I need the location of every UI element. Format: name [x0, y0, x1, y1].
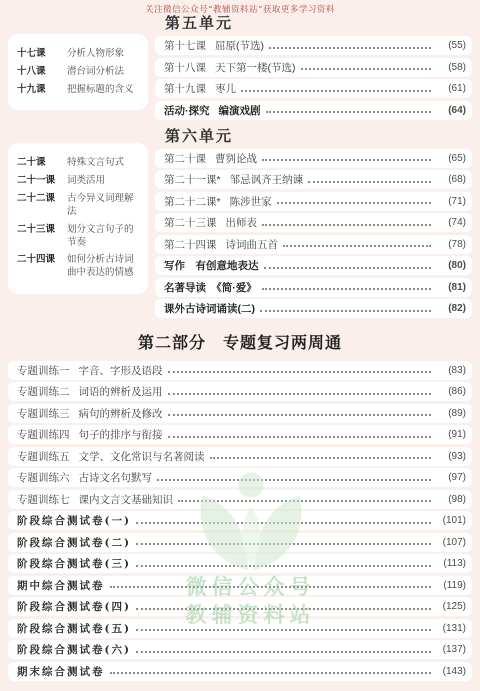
entry-page: (68): [436, 174, 466, 185]
toc-page: 十七课 分析人物形象 十八课 潜台词分析法 十九课 把握标题的含义 二十课 特殊…: [8, 13, 472, 683]
entry-label: 期末综合测试卷: [17, 664, 105, 679]
method-lesson-desc: 如何分析古诗词曲中表达的情感: [67, 254, 141, 280]
entry-title: 出师表: [226, 215, 258, 230]
entry-label: 课外古诗词诵读(二): [164, 301, 255, 316]
dot-leader: [110, 586, 432, 588]
entry-page: (82): [436, 303, 466, 314]
entry-number: 第十七课: [164, 38, 206, 53]
entry-number: 第二十课: [164, 151, 206, 166]
entry-number: 专题训练七: [17, 492, 70, 507]
toc-entry: 第十九课 枣儿 (61): [155, 79, 472, 98]
entry-label: 阶段综合测试卷(四): [17, 599, 131, 614]
toc-entry: 专题训练六 古诗文名句默写 (97): [8, 468, 472, 487]
toc-entry: 专题训练三 病句的辨析及修改 (89): [8, 404, 472, 423]
entry-title: 词语的辨析及运用: [79, 384, 163, 399]
dot-leader: [262, 288, 431, 290]
entry-title: 课内文言文基础知识: [79, 492, 174, 507]
toc-entry: 名著导读 《简·爱》 (81): [155, 278, 472, 297]
unit5-heading: 第五单元: [165, 14, 472, 32]
toc-entry: 专题训练四 句子的排序与衔接 (91): [8, 425, 472, 444]
dot-leader: [210, 457, 432, 459]
dot-leader: [283, 245, 431, 247]
entry-title: 陈涉世家: [230, 194, 272, 209]
toc-entry: 第二十课 曹刿论战 (65): [155, 149, 472, 168]
dot-leader: [266, 111, 432, 113]
entry-page: (64): [436, 105, 466, 116]
entry-page: (119): [436, 580, 466, 591]
entry-page: (131): [436, 623, 466, 634]
entry-title: 编演戏剧: [219, 103, 261, 118]
dot-leader: [168, 393, 432, 395]
method-lesson-number: 二十三课: [17, 224, 67, 250]
entry-page: (89): [436, 408, 466, 419]
toc-entry: 第二十二课* 陈涉世家 (71): [155, 192, 472, 211]
dot-leader: [262, 159, 431, 161]
unit6-heading: 第六单元: [165, 127, 472, 145]
dot-leader: [241, 90, 431, 92]
method-item: 二十课 特殊文言句式: [17, 157, 141, 170]
entry-page: (74): [436, 217, 466, 228]
entry-page: (137): [436, 644, 466, 655]
dot-leader: [136, 608, 431, 610]
dot-leader: [260, 310, 431, 312]
entry-label: 期中综合测试卷: [17, 578, 105, 593]
entry-number: 专题训练三: [17, 406, 70, 421]
entry-page: (97): [436, 472, 466, 483]
entry-number: 专题训练一: [17, 363, 70, 378]
toc-entry: 第二十三课 出师表 (74): [155, 213, 472, 232]
method-lesson-number: 二十二课: [17, 193, 67, 219]
entry-number: 活动·探究: [164, 103, 210, 118]
entry-number: 第二十二课*: [164, 194, 221, 209]
method-lesson-desc: 分析人物形象: [67, 48, 124, 61]
entry-number: 专题训练二: [17, 384, 70, 399]
method-item: 二十四课 如何分析古诗词曲中表达的情感: [17, 254, 141, 280]
method-item: 二十三课 划分文言句子的节奏: [17, 224, 141, 250]
entry-label: 阶段综合测试卷(三): [17, 556, 131, 571]
method-lesson-number: 十九课: [17, 84, 67, 97]
toc-entry: 第十八课 天下第一楼(节选) (58): [155, 58, 472, 77]
entry-label: 阶段综合测试卷(五): [17, 621, 131, 636]
entry-page: (101): [436, 515, 466, 526]
entry-title: 古诗文名句默写: [79, 470, 153, 485]
dot-leader: [262, 224, 431, 226]
dot-leader: [264, 267, 432, 269]
dot-leader: [269, 47, 431, 49]
toc-entry: 阶段综合测试卷(三) (113): [8, 554, 472, 573]
toc-entry: 阶段综合测试卷(六) (137): [8, 640, 472, 659]
entry-page: (71): [436, 196, 466, 207]
entry-page: (80): [436, 260, 466, 271]
entry-page: (98): [436, 494, 466, 505]
tests-section: 阶段综合测试卷(一) (101) 阶段综合测试卷(二) (107) 阶段综合测试…: [8, 511, 472, 681]
entry-page: (107): [436, 537, 466, 548]
entry-label: 阶段综合测试卷(二): [17, 535, 131, 550]
entry-label: 阶段综合测试卷(六): [17, 642, 131, 657]
method-lesson-number: 十八课: [17, 66, 67, 79]
toc-entry: 阶段综合测试卷(四) (125): [8, 597, 472, 616]
method-item: 十九课 把握标题的含义: [17, 84, 141, 97]
entry-page: (81): [436, 282, 466, 293]
method-lesson-number: 二十一课: [17, 175, 67, 188]
toc-entry: 第二十四课 诗词曲五首 (78): [155, 235, 472, 254]
entry-number: 第二十三课: [164, 215, 217, 230]
dot-leader: [136, 543, 431, 545]
method-item: 十七课 分析人物形象: [17, 48, 141, 61]
toc-entries-column: 第五单元 第十七课 屈原(节选) (55) 第十八课 天下第一楼(节选) (58…: [155, 13, 472, 321]
dot-leader: [168, 414, 432, 416]
toc-entry: 阶段综合测试卷(一) (101): [8, 511, 472, 530]
entry-title: 天下第一楼(节选): [215, 60, 296, 75]
entry-label: 名著导读 《简·爱》: [164, 280, 257, 295]
entry-page: (78): [436, 239, 466, 250]
toc-entry: 期中综合测试卷 (119): [8, 576, 472, 595]
method-lesson-number: 十七课: [17, 48, 67, 61]
toc-entry: 阶段综合测试卷(五) (131): [8, 619, 472, 638]
entry-number: 第十九课: [164, 81, 206, 96]
entry-title: 病句的辨析及修改: [79, 406, 163, 421]
trainings-section: 专题训练一 字音、字形及语段 (83) 专题训练二 词语的辨析及运用 (86) …: [8, 361, 472, 509]
toc-entry: 专题训练一 字音、字形及语段 (83): [8, 361, 472, 380]
entry-number: 专题训练五: [17, 449, 70, 464]
toc-entry: 写作 有创意地表达 (80): [155, 256, 472, 275]
entry-title: 文学、文化常识与名著阅读: [79, 449, 205, 464]
dot-leader: [277, 202, 431, 204]
entry-page: (91): [436, 429, 466, 440]
lesson-method-sidebar: 十七课 分析人物形象 十八课 潜台词分析法 十九课 把握标题的含义 二十课 特殊…: [8, 13, 148, 321]
entry-page: (113): [436, 558, 466, 569]
dot-leader: [136, 629, 431, 631]
method-lesson-desc: 特殊文言句式: [67, 157, 124, 170]
dot-leader: [168, 436, 432, 438]
entry-number: 第二十一课*: [164, 172, 221, 187]
dot-leader: [308, 181, 431, 183]
entry-label: 阶段综合测试卷(一): [17, 513, 131, 528]
unit5-method-card: 十七课 分析人物形象 十八课 潜台词分析法 十九课 把握标题的含义: [8, 34, 148, 110]
unit6-method-card: 二十课 特殊文言句式 二十一课 词类活用 二十二课 古今异义词理解法 二十三课 …: [8, 143, 148, 294]
entry-title: 句子的排序与衔接: [79, 427, 163, 442]
dot-leader: [136, 522, 431, 524]
toc-entry: 课外古诗词诵读(二) (82): [155, 299, 472, 318]
entry-number: 第二十四课: [164, 237, 217, 252]
entry-title: 诗词曲五首: [226, 237, 279, 252]
entry-page: (125): [436, 601, 466, 612]
dot-leader: [136, 651, 431, 653]
dot-leader: [157, 479, 431, 481]
method-lesson-number: 二十课: [17, 157, 67, 170]
entry-page: (55): [436, 40, 466, 51]
entry-page: (65): [436, 153, 466, 164]
method-item: 十八课 潜台词分析法: [17, 66, 141, 79]
entry-number: 专题训练六: [17, 470, 70, 485]
method-item: 二十一课 词类活用: [17, 175, 141, 188]
dot-leader: [168, 371, 432, 373]
toc-entry: 专题训练二 词语的辨析及运用 (86): [8, 382, 472, 401]
entry-page: (58): [436, 62, 466, 73]
method-item: 二十二课 古今异义词理解法: [17, 193, 141, 219]
entry-title: 枣儿: [215, 81, 236, 96]
dot-leader: [136, 565, 431, 567]
entry-title: 邹忌讽齐王纳谏: [230, 172, 304, 187]
toc-entry: 第二十一课* 邹忌讽齐王纳谏 (68): [155, 170, 472, 189]
dot-leader: [301, 68, 432, 70]
toc-entry: 期末综合测试卷 (143): [8, 662, 472, 681]
method-lesson-desc: 潜台词分析法: [67, 66, 124, 79]
entry-number: 专题训练四: [17, 427, 70, 442]
method-lesson-desc: 把握标题的含义: [67, 84, 134, 97]
dot-leader: [110, 672, 432, 674]
method-lesson-desc: 古今异义词理解法: [67, 193, 141, 219]
entry-page: (86): [436, 386, 466, 397]
entry-page: (83): [436, 365, 466, 376]
method-lesson-desc: 词类活用: [67, 175, 105, 188]
entry-number: 第十八课: [164, 60, 206, 75]
entry-label: 写作 有创意地表达: [164, 258, 259, 273]
entry-title: 字音、字形及语段: [79, 363, 163, 378]
entry-page: (143): [436, 666, 466, 677]
entry-title: 曹刿论战: [215, 151, 257, 166]
method-lesson-number: 二十四课: [17, 254, 67, 280]
toc-entry: 活动·探究 编演戏剧 (64): [155, 101, 472, 120]
units-section: 十七课 分析人物形象 十八课 潜台词分析法 十九课 把握标题的含义 二十课 特殊…: [8, 13, 472, 321]
entry-title: 屈原(节选): [215, 38, 264, 53]
toc-entry: 第十七课 屈原(节选) (55): [155, 36, 472, 55]
part2-heading: 第二部分 专题复习两周通: [8, 330, 472, 353]
toc-entry: 专题训练五 文学、文化常识与名著阅读 (93): [8, 447, 472, 466]
entry-page: (61): [436, 83, 466, 94]
toc-entry: 专题训练七 课内文言文基础知识 (98): [8, 490, 472, 509]
toc-entry: 阶段综合测试卷(二) (107): [8, 533, 472, 552]
dot-leader: [178, 500, 431, 502]
method-lesson-desc: 划分文言句子的节奏: [67, 224, 141, 250]
entry-page: (93): [436, 451, 466, 462]
